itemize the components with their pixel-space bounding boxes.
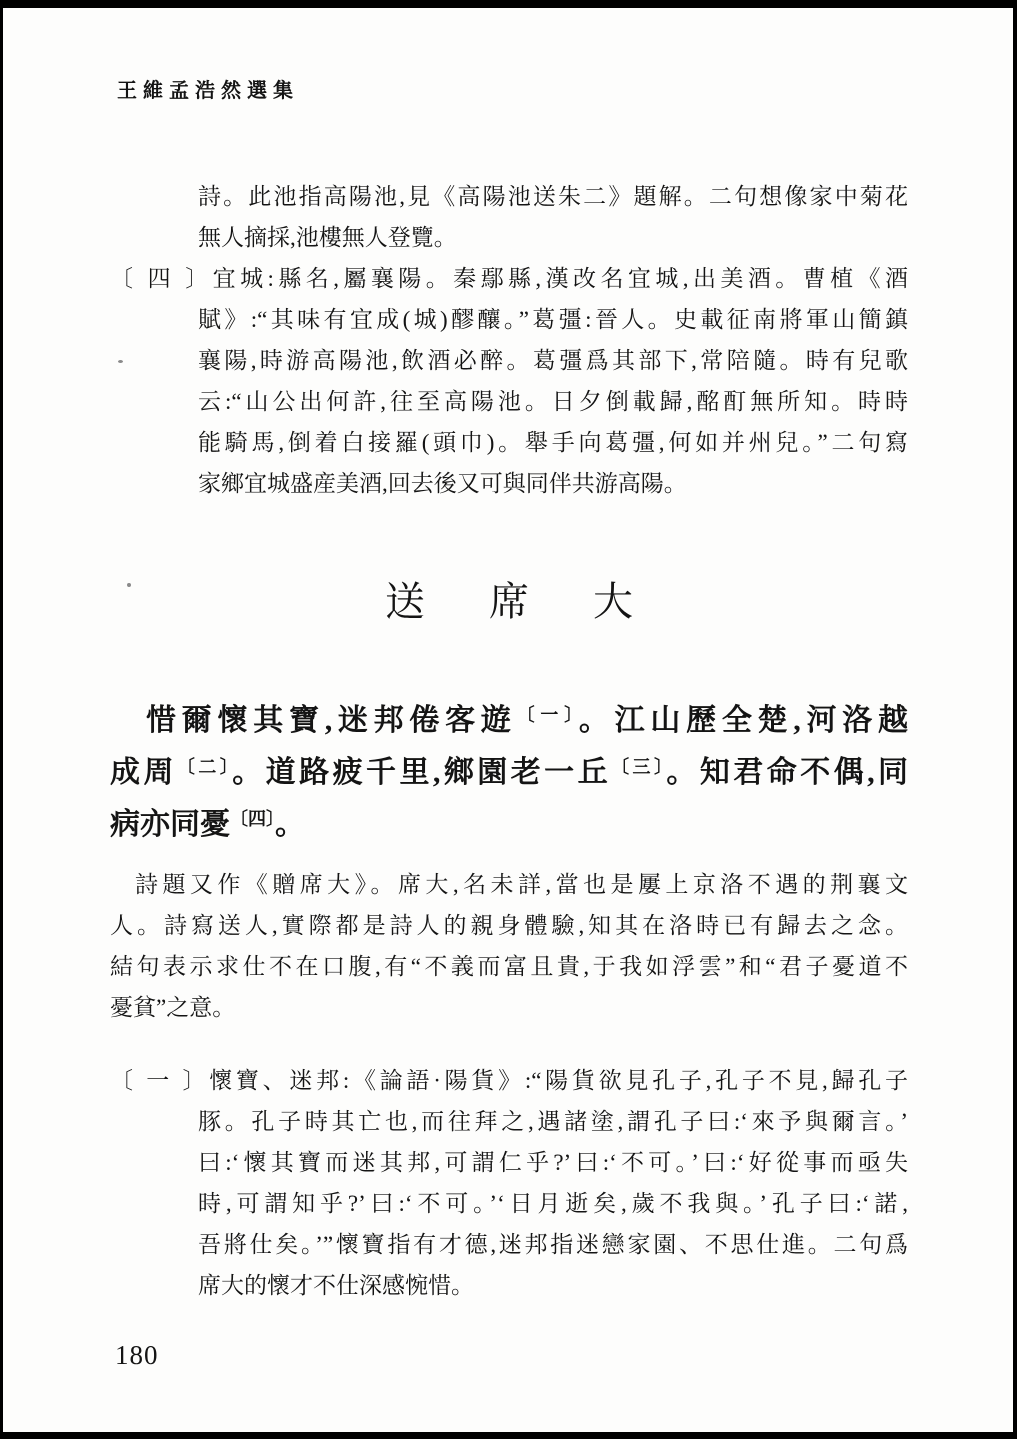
text-line: 曰:‘懷其寶而迷其邦,可謂仁乎?’曰:‘不可。’曰:‘好從事而亟失 — [198, 1142, 908, 1183]
text-line: 〔 一 〕懷寶、迷邦:《論語·陽貨》:“陽貨欲見孔子,孔子不見,歸孔子 — [110, 1060, 908, 1101]
poem-line: 病亦同憂〔四〕。 — [110, 796, 908, 848]
poem-title-block: 送席大 — [110, 578, 908, 626]
poem-line: 成周〔二〕。道路疲千里,鄉園老一丘〔三〕。知君命不偶,同 — [110, 744, 908, 796]
text-line: 能騎馬,倒着白接羅(頭巾)。舉手向葛彊,何如并州兒。”二句寫 — [198, 422, 908, 463]
note-one: 〔 一 〕懷寶、迷邦:《論語·陽貨》:“陽貨欲見孔子,孔子不見,歸孔子 豚。孔子… — [110, 1060, 908, 1306]
running-header: 王維孟浩然選集 — [117, 74, 299, 103]
note-four: 〔 四 〕宜城:縣名,屬襄陽。秦鄢縣,漢改名宜城,出美酒。曹植《酒 賦》:“其味… — [110, 258, 908, 504]
poem-commentary: 詩題又作《贈席大》。席大,名未詳,當也是屢上京洛不遇的荆襄文 人。詩寫送人,實際… — [110, 864, 908, 1028]
page-number: 180 — [115, 1340, 159, 1371]
text-line: 人。詩寫送人,實際都是詩人的親身體驗,知其在洛時已有歸去之念。 — [110, 905, 908, 946]
text-line: 吾將仕矣。’”懷寶指有才德,迷邦指迷戀家園、不思仕進。二句爲 — [198, 1224, 908, 1265]
text-line: 襄陽,時游高陽池,飲酒必醉。葛彊爲其部下,常陪隨。時有兒歌 — [198, 340, 908, 381]
text-line: 家鄉宜城盛産美酒,回去後又可與同伴共游高陽。 — [198, 463, 908, 504]
text-line: 詩。此池指高陽池,見《高陽池送朱二》題解。二句想像家中菊花 — [198, 176, 908, 217]
text-line: 憂貧”之意。 — [110, 987, 908, 1028]
text-line: 時,可謂知乎?’曰:‘不可。’‘日月逝矣,歲不我與。’孔子曰:‘諾, — [198, 1183, 908, 1224]
text-line: 〔 四 〕宜城:縣名,屬襄陽。秦鄢縣,漢改名宜城,出美酒。曹植《酒 — [110, 258, 908, 299]
book-page: 王維孟浩然選集 詩。此池指高陽池,見《高陽池送朱二》題解。二句想像家中菊花 無人… — [0, 0, 1017, 1439]
poem-line: 惜爾懷其寶,迷邦倦客遊〔一〕。江山歷全楚,河洛越 — [110, 692, 908, 744]
text-line: 豚。孔子時其亡也,而往拜之,遇諸塗,謂孔子曰:‘來予與爾言。’ — [198, 1101, 908, 1142]
text-line: 席大的懷才不仕深感惋惜。 — [198, 1265, 908, 1306]
text-line: 云:“山公出何許,往至高陽池。日夕倒載歸,酩酊無所知。時時 — [198, 381, 908, 422]
poem-body: 惜爾懷其寶,迷邦倦客遊〔一〕。江山歷全楚,河洛越 成周〔二〕。道路疲千里,鄉園老… — [110, 692, 908, 848]
text-line: 賦》:“其味有宜成(城)醪釀。”葛彊:晉人。史載征南將軍山簡鎮 — [198, 299, 908, 340]
text-line: 結句表示求仕不在口腹,有“不義而富且貴,于我如浮雲”和“君子憂道不 — [110, 946, 908, 987]
text-line: 詩題又作《贈席大》。席大,名未詳,當也是屢上京洛不遇的荆襄文 — [110, 864, 908, 905]
text-line: 無人摘採,池樓無人登覽。 — [198, 217, 908, 258]
previous-note-continuation: 詩。此池指高陽池,見《高陽池送朱二》題解。二句想像家中菊花 無人摘採,池樓無人登… — [110, 176, 908, 258]
poem-title: 送席大 — [110, 578, 908, 626]
